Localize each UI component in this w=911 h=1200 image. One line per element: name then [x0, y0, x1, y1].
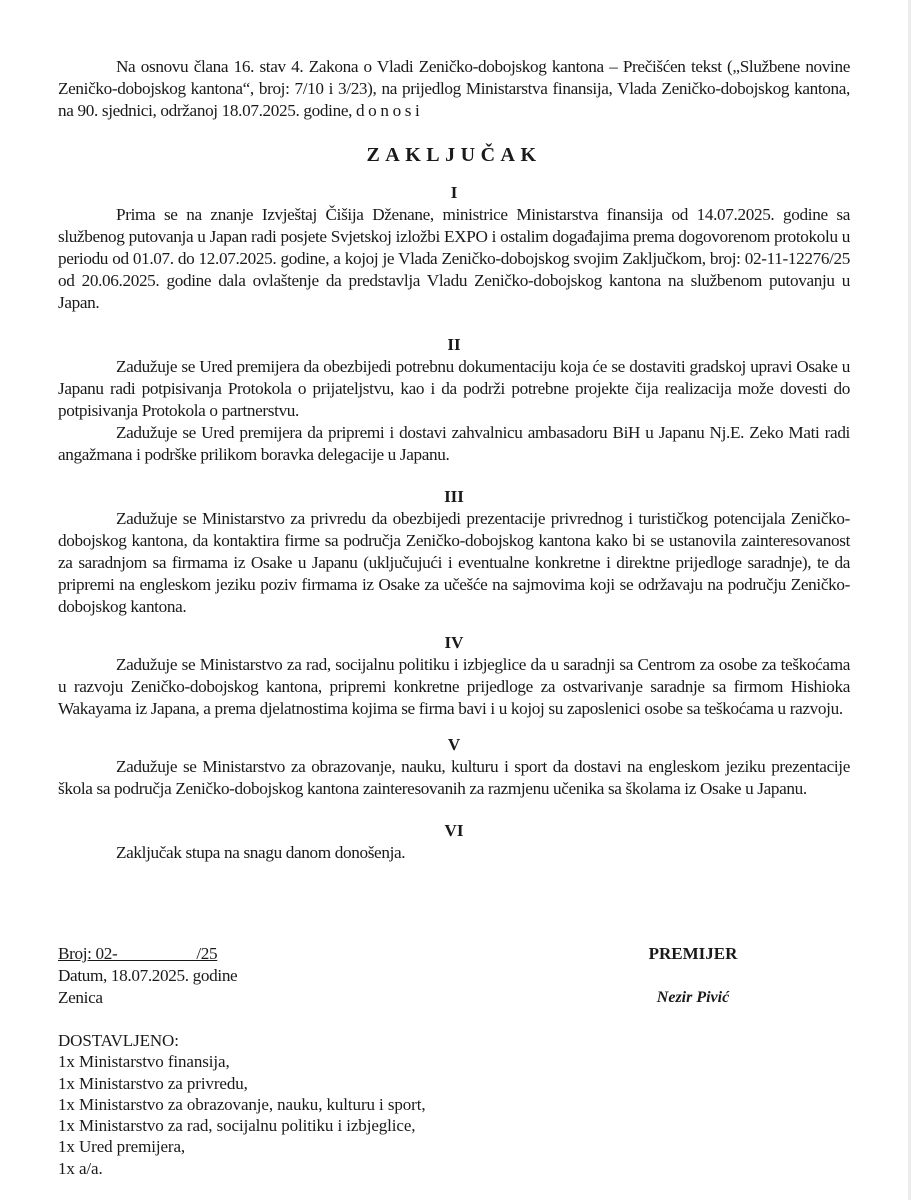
section-2-paragraph-1: Zadužuje se Ured premijera da obezbijedi… — [58, 356, 850, 422]
section-number-3: III — [58, 486, 850, 508]
distribution-item: 1x Ministarstvo za rad, socijalnu politi… — [58, 1115, 425, 1136]
section-1-paragraph-1: Prima se na znanje Izvještaj Čišija Džen… — [58, 204, 850, 314]
document-place: Zenica — [58, 987, 237, 1009]
section-4-paragraph-1: Zadužuje se Ministarstvo za rad, socijal… — [58, 654, 850, 720]
signer-title: PREMIJER — [623, 943, 763, 965]
section-number-1: I — [58, 182, 850, 204]
section-number-2: II — [58, 334, 850, 356]
document-body: Na osnovu člana 16. stav 4. Zakona o Vla… — [58, 56, 850, 864]
reference-number: Broj: 02- /25 — [58, 943, 237, 965]
distribution-item: 1x a/a. — [58, 1158, 425, 1179]
section-number-5: V — [58, 734, 850, 756]
reference-block: Broj: 02- /25 Datum, 18.07.2025. godine … — [58, 943, 237, 1009]
distribution-heading: DOSTAVLJENO: — [58, 1030, 425, 1051]
document-footer: Broj: 02- /25 Datum, 18.07.2025. godine … — [58, 943, 850, 1023]
section-number-4: IV — [58, 632, 850, 654]
section-2-paragraph-2: Zadužuje se Ured premijera da pripremi i… — [58, 422, 850, 466]
signature-block: PREMIJER Nezir Pivić — [623, 943, 763, 1009]
document-title: ZAKLJUČAK — [58, 142, 850, 168]
document-date: Datum, 18.07.2025. godine — [58, 965, 237, 987]
distribution-list: DOSTAVLJENO: 1x Ministarstvo finansija, … — [58, 1030, 425, 1179]
section-5-paragraph-1: Zadužuje se Ministarstvo za obrazovanje,… — [58, 756, 850, 800]
section-3-paragraph-1: Zadužuje se Ministarstvo za privredu da … — [58, 508, 850, 618]
section-6-paragraph-1: Zaključak stupa na snagu danom donošenja… — [58, 842, 850, 864]
distribution-item: 1x Ministarstvo finansija, — [58, 1051, 425, 1072]
distribution-item: 1x Ministarstvo za privredu, — [58, 1073, 425, 1094]
section-number-6: VI — [58, 820, 850, 842]
distribution-item: 1x Ministarstvo za obrazovanje, nauku, k… — [58, 1094, 425, 1115]
distribution-item: 1x Ured premijera, — [58, 1136, 425, 1157]
preamble: Na osnovu člana 16. stav 4. Zakona o Vla… — [58, 56, 850, 122]
signer-name: Nezir Pivić — [623, 987, 763, 1009]
